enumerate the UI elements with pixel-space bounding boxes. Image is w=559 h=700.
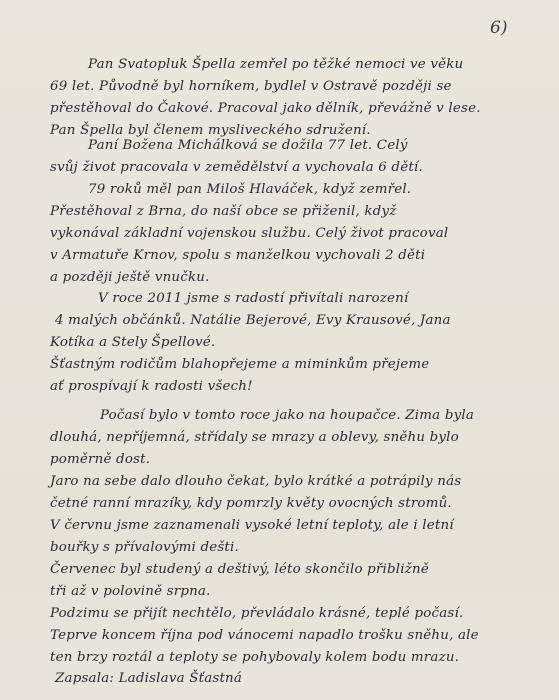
signature-label: Zapsala: [55, 671, 114, 686]
text-line: Paní Božena Michálková se dožila 77 let.… [88, 137, 408, 155]
signature-name: Ladislava Šťastná [119, 671, 242, 686]
text-line: přestěhoval do Čakové. Pracoval jako děl… [50, 100, 481, 118]
text-line: bouřky s přívalovými dešti. [50, 539, 239, 557]
text-line: V červnu jsme zaznamenali vysoké letní t… [50, 517, 454, 535]
text-line: svůj život pracovala v zemědělství a vyc… [50, 159, 423, 177]
text-line: Jaro na sebe dalo dlouho čekat, bylo krá… [50, 473, 461, 491]
text-line: V roce 2011 jsme s radostí přivítali nar… [98, 290, 409, 308]
text-line: Šťastným rodičům blahopřejeme a miminkům… [50, 356, 429, 374]
text-line: Teprve koncem října pod vánocemi napadlo… [50, 627, 479, 645]
text-line: tři až v polovině srpna. [50, 583, 211, 601]
text-line: 69 let. Původně byl horníkem, bydlel v O… [50, 78, 452, 96]
text-line: Počasí bylo v tomto roce jako na houpačc… [100, 407, 474, 425]
text-line: a později ještě vnučku. [50, 269, 210, 287]
text-line: 4 malých občánků. Natálie Bejerové, Evy … [55, 312, 451, 330]
text-line: vykonával základní vojenskou službu. Cel… [50, 225, 448, 243]
signature: Zapsala: Ladislava Šťastná [55, 670, 242, 688]
text-line: Podzimu se přijít nechtělo, převládalo k… [50, 605, 463, 623]
text-line: Přestěhoval z Brna, do naší obce se přiž… [50, 203, 396, 221]
text-line: poměrně dost. [50, 451, 150, 469]
text-line: Kotíka a Stely Špellové. [50, 334, 215, 352]
text-line: četné ranní mrazíky, kdy pomrzly květy o… [50, 495, 452, 513]
text-line: Pan Svatopluk Špella zemřel po těžké nem… [88, 56, 463, 74]
page-number: 6) [490, 18, 507, 38]
text-line: v Armatuře Krnov, spolu s manželkou vych… [50, 247, 425, 265]
text-line: dlouhá, nepříjemná, střídaly se mrazy a … [50, 429, 459, 447]
text-line: Červenec byl studený a deštivý, léto sko… [50, 561, 429, 579]
text-line: 79 roků měl pan Miloš Hlaváček, když zem… [88, 181, 411, 199]
text-line: ten brzy roztál a teploty se pohybovaly … [50, 649, 459, 667]
text-line: ať prospívají k radosti všech! [50, 378, 253, 396]
handwritten-page: 6) Pan Svatopluk Špella zemřel po těžké … [0, 0, 559, 700]
